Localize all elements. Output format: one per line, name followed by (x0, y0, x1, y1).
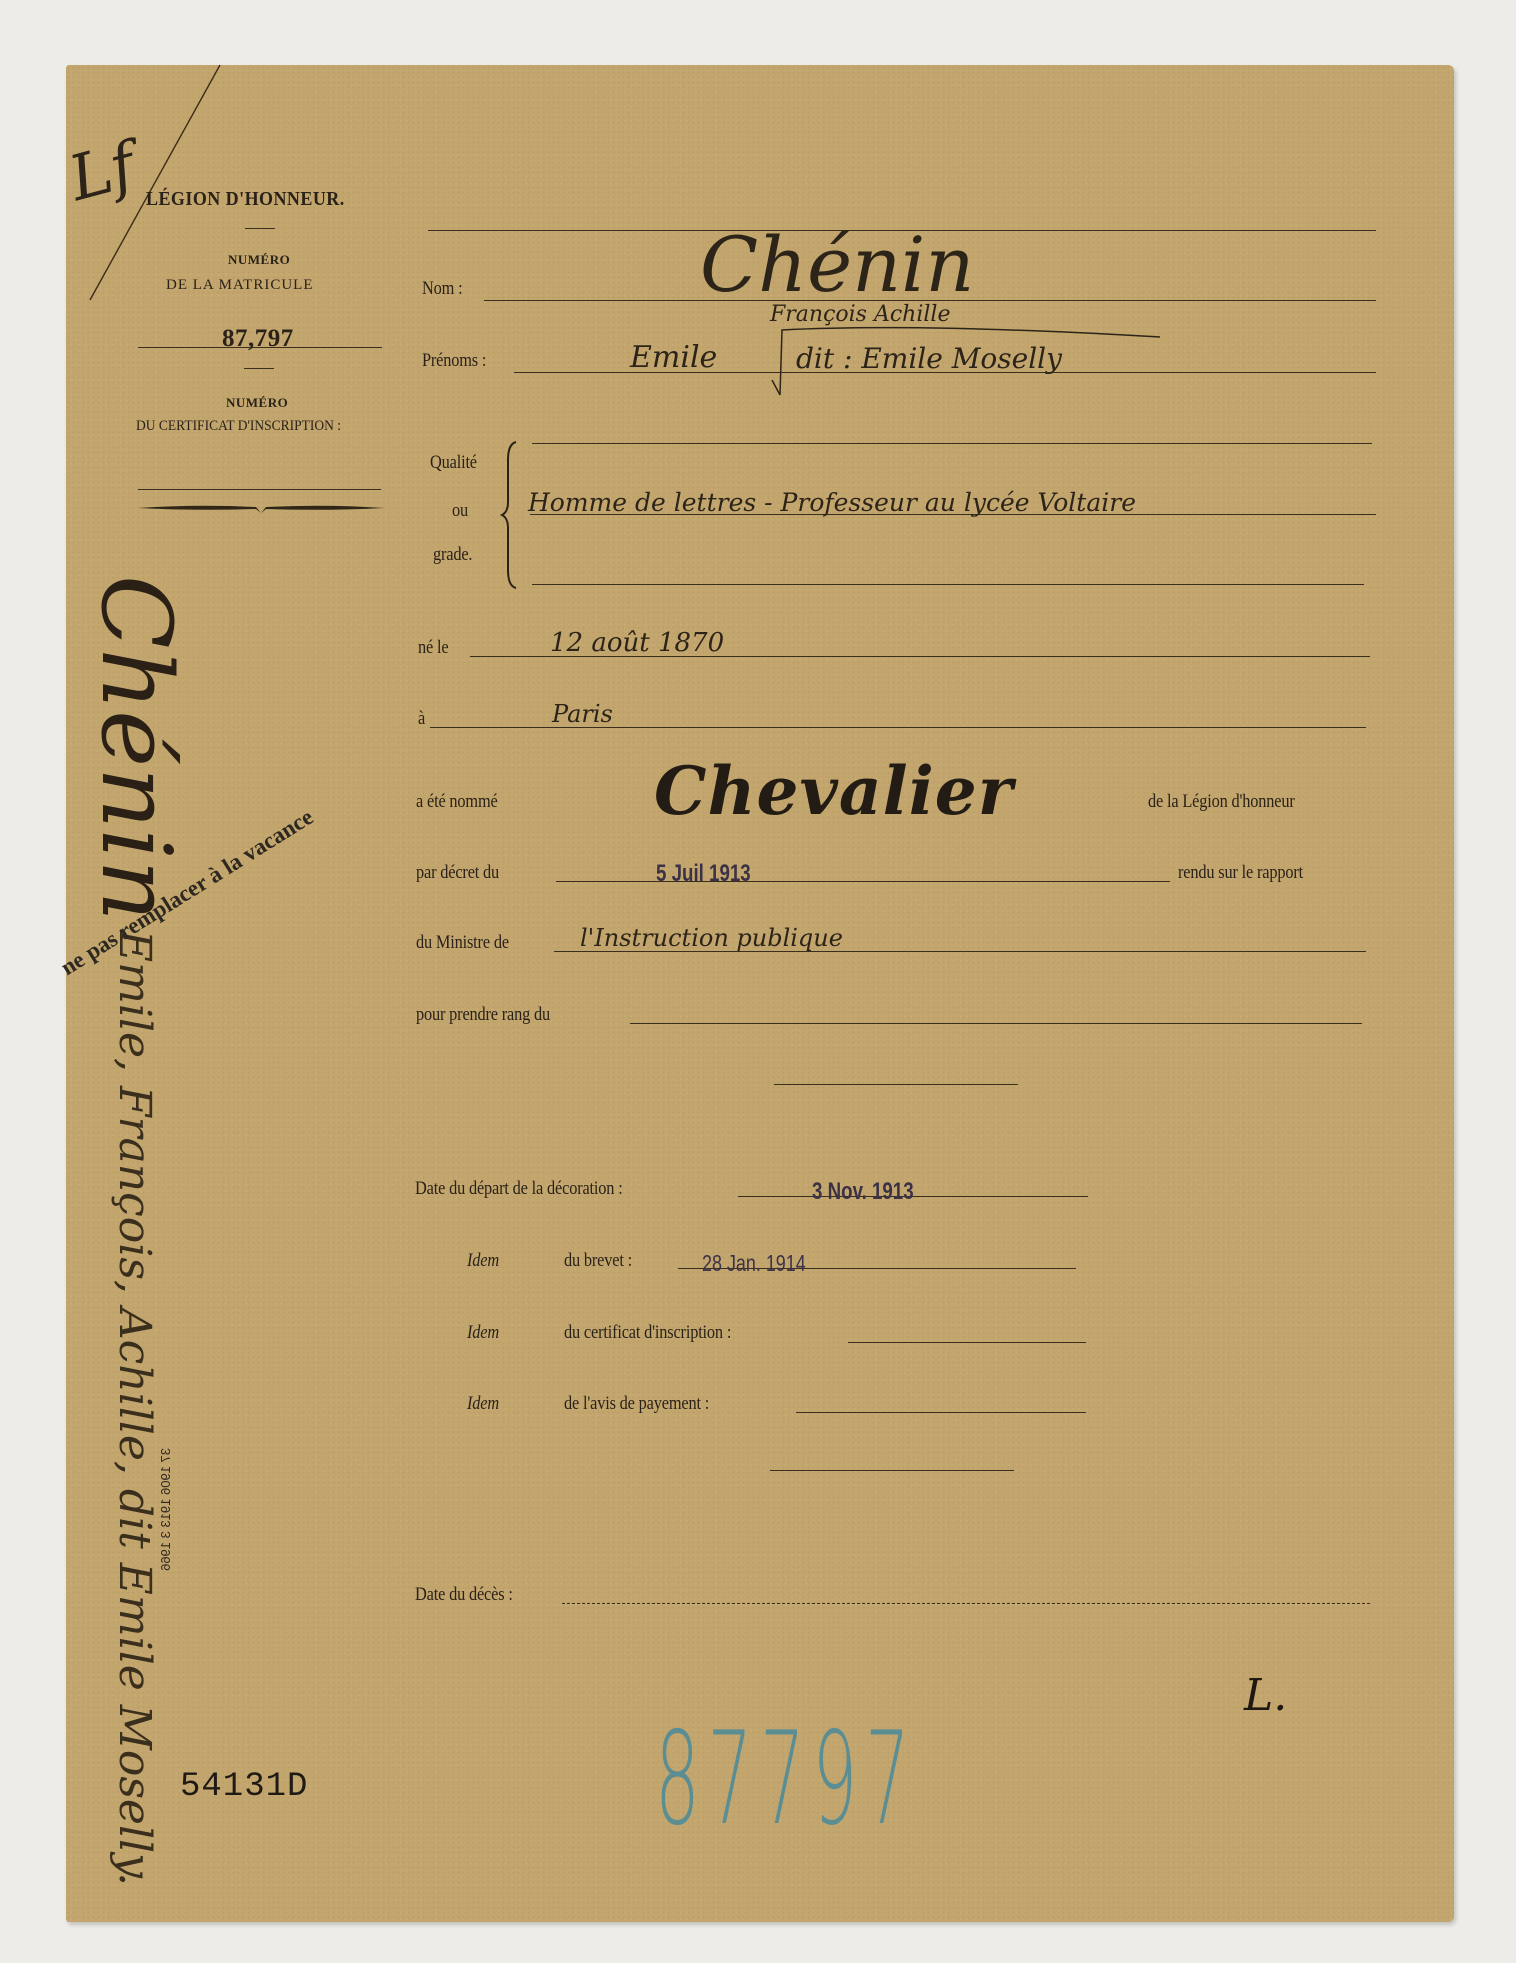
ministre-value: l'Instruction publique (580, 924, 843, 952)
prenoms-value: Emile (630, 340, 717, 375)
ministre-label: du Ministre de (416, 932, 509, 954)
depart-label: Date du départ de la décoration : (415, 1178, 623, 1200)
qualite-line-1 (532, 443, 1372, 444)
qualite-line-3 (532, 584, 1364, 585)
decret-label: par décret du (416, 862, 499, 884)
rang-label: pour prendre rang du (416, 1004, 550, 1026)
deces-label: Date du décès : (415, 1584, 513, 1606)
divider (245, 228, 275, 229)
ornamental-rule-icon (136, 502, 386, 516)
brace-icon (500, 440, 520, 590)
nom-value: Chénin (700, 220, 974, 309)
a-label: à (418, 708, 425, 730)
initial-mark: L. (1244, 1670, 1287, 1721)
qualite-label-3: grade. (433, 544, 472, 566)
qualite-label-1: Qualité (430, 452, 477, 474)
nom-label: Nom : (422, 278, 462, 300)
brevet-idem: Idem (467, 1250, 499, 1272)
vertical-name: Chénin (80, 575, 192, 921)
decret-value: 5 Juil 1913 (656, 860, 751, 888)
small-number-stamp: 37 1906 1913 3 1966 (158, 1448, 173, 1571)
payement-idem: Idem (467, 1393, 499, 1415)
qualite-label-2: ou (452, 500, 468, 522)
certificat-idem: Idem (467, 1322, 499, 1344)
deces-line (562, 1603, 1370, 1604)
ne-le-value: 12 août 1870 (550, 628, 724, 658)
a-value: Paris (552, 700, 613, 728)
section-divider-1 (774, 1084, 1018, 1085)
crayon-number: 87797 (655, 1705, 917, 1854)
nomme-label: a été nommé (416, 791, 498, 813)
nomme-suffix: de la Légion d'honneur (1148, 791, 1295, 813)
vertical-fullname: Emile, François, Achille, dit Emile Mose… (109, 930, 160, 1886)
certificat-label: du certificat d'inscription : (564, 1322, 731, 1344)
payement-label: de l'avis de payement : (564, 1393, 709, 1415)
decret-line (556, 881, 1170, 882)
certificat-line (848, 1342, 1086, 1343)
prenoms-suffix: dit : Emile Moselly (796, 342, 1062, 375)
depart-value: 3 Nov. 1913 (812, 1178, 914, 1206)
ne-le-label: né le (418, 637, 448, 659)
file-number: 54131D (180, 1768, 308, 1806)
brevet-value: 28 Jan. 1914 (702, 1250, 806, 1277)
certificat-label-1: NUMÉRO (226, 395, 288, 411)
rang-line (630, 1023, 1362, 1024)
payement-line (796, 1412, 1086, 1413)
legion-header: LÉGION D'HONNEUR. (146, 188, 345, 211)
matricule-label-2: DE LA MATRICULE (166, 277, 314, 294)
prenoms-insert: François Achille (770, 302, 950, 327)
divider (244, 368, 274, 369)
qualite-value: Homme de lettres - Professeur au lycée V… (528, 488, 1136, 517)
decret-suffix: rendu sur le rapport (1178, 862, 1303, 884)
certificat-label-2: DU CERTIFICAT D'INSCRIPTION : (136, 418, 341, 435)
certificat-line (138, 489, 381, 490)
matricule-label-1: NUMÉRO (228, 252, 290, 268)
brevet-label: du brevet : (564, 1250, 632, 1272)
matricule-value: 87,797 (222, 325, 294, 353)
prenoms-label: Prénoms : (422, 350, 486, 372)
section-divider-2 (770, 1470, 1014, 1471)
nomme-grade: Chevalier (654, 752, 1014, 830)
